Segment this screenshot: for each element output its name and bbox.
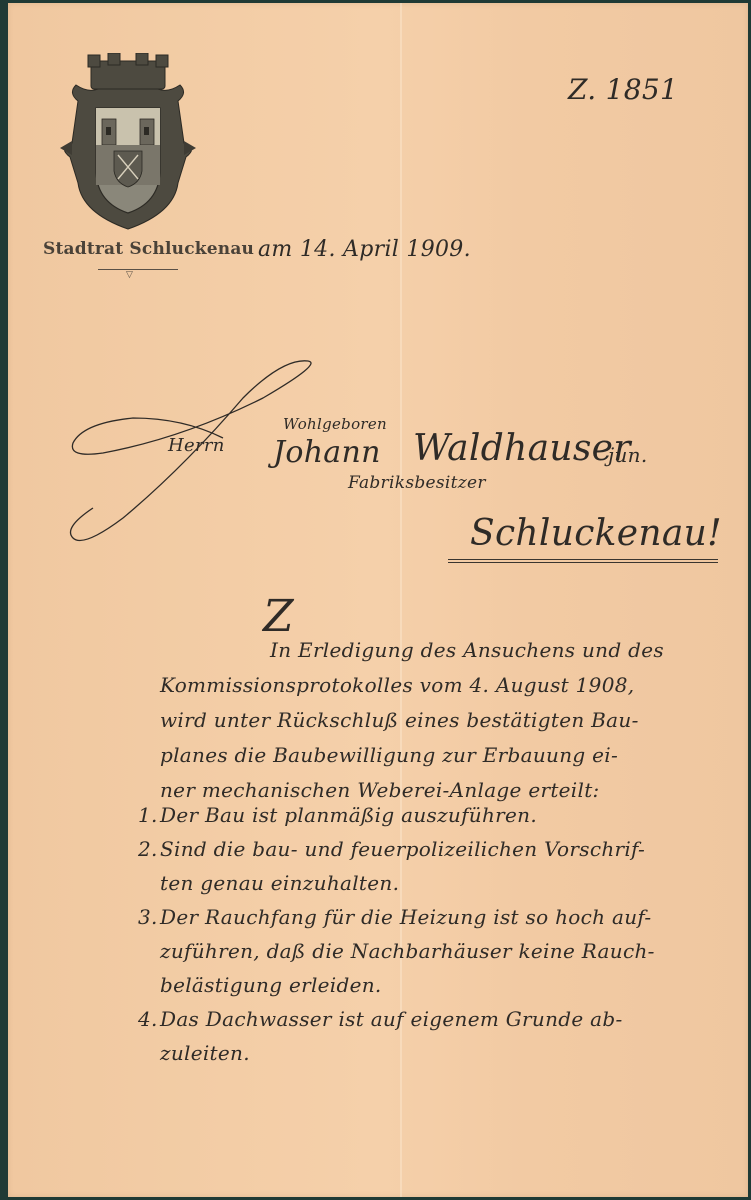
condition-number: 3. bbox=[138, 900, 160, 1002]
condition-item: 2. Sind die bau- und feuerpolizeilichen … bbox=[138, 832, 728, 900]
recipient-occupation: Fabriksbesitzer bbox=[348, 473, 486, 493]
conditions-list: 1. Der Bau ist planmäßig auszuführen. 2.… bbox=[138, 798, 728, 1070]
condition-item: 4. Das Dachwasser ist auf eigenem Grunde… bbox=[138, 1002, 728, 1070]
letter-body: In Erledigung des Ansuchens und des Komm… bbox=[160, 633, 720, 808]
letter-sheet: Stadtrat Schluckenau ▽ am 14. April 1909… bbox=[8, 3, 748, 1197]
body-line: In Erledigung des Ansuchens und des bbox=[160, 633, 720, 668]
city-double-underline bbox=[448, 559, 718, 563]
condition-line: Der Rauchfang für die Heizung ist so hoc… bbox=[160, 900, 728, 934]
recipient-suffix: jun. bbox=[608, 443, 648, 467]
reference-number: Z. 1851 bbox=[568, 73, 678, 106]
condition-number: 4. bbox=[138, 1002, 160, 1070]
letterhead-ornament-icon: ▽ bbox=[126, 269, 133, 280]
letterhead-rule bbox=[98, 269, 178, 270]
condition-number: 1. bbox=[138, 798, 160, 832]
recipient-city: Schluckenau! bbox=[470, 513, 722, 554]
city-coat-of-arms-icon bbox=[58, 53, 198, 233]
condition-line: zuführen, daß die Nachbarhäuser keine Ra… bbox=[160, 934, 728, 968]
honorific: Wohlgeboren bbox=[283, 415, 387, 433]
recipient-first-name: Johann bbox=[273, 435, 381, 470]
letterhead-issuer: Stadtrat Schluckenau bbox=[43, 239, 254, 259]
condition-line: zuleiten. bbox=[160, 1036, 728, 1070]
body-line: planes die Baubewilligung zur Erbauung e… bbox=[160, 738, 720, 773]
recipient-last-name: Waldhauser bbox=[413, 428, 631, 469]
body-line: wird unter Rückschluß eines bestätigten … bbox=[160, 703, 720, 738]
salutation: Herrn bbox=[168, 435, 225, 456]
condition-line: Der Bau ist planmäßig auszuführen. bbox=[160, 798, 728, 832]
body-line: Kommissionsprotokolles vom 4. August 190… bbox=[160, 668, 720, 703]
date-line: am 14. April 1909. bbox=[258, 237, 471, 262]
condition-number: 2. bbox=[138, 832, 160, 900]
condition-line: Sind die bau- und feuerpolizeilichen Vor… bbox=[160, 832, 728, 866]
condition-item: 3. Der Rauchfang für die Heizung ist so … bbox=[138, 900, 728, 1002]
condition-line: belästigung erleiden. bbox=[160, 968, 728, 1002]
condition-line: Das Dachwasser ist auf eigenem Grunde ab… bbox=[160, 1002, 728, 1036]
condition-item: 1. Der Bau ist planmäßig auszuführen. bbox=[138, 798, 728, 832]
condition-line: ten genau einzuhalten. bbox=[160, 866, 728, 900]
